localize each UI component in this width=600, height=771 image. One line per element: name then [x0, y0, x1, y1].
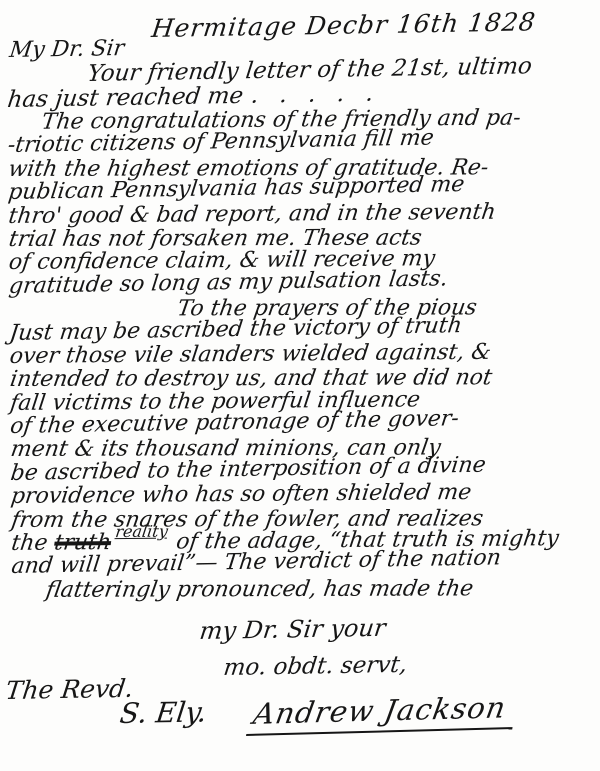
inserted-word: reality [114, 522, 169, 541]
body-line: flatteringly pronounced, has made the [10, 577, 560, 602]
salutation-line: My Dr. Sir [8, 36, 126, 63]
letter-body: The congratulations of the friendly and … [6, 106, 557, 602]
closing-line-1: my Dr. Sir your [198, 614, 387, 645]
signature: Andrew Jackson [246, 690, 519, 736]
body-line: thro' good & bad report, and in the seve… [7, 200, 557, 228]
addressee-line-2: S. Ely. [118, 695, 209, 730]
amended-line-pre: the [10, 531, 56, 556]
addressee-line-1: The Revd. [4, 674, 135, 705]
closing-line-2: mo. obdt. servt, [222, 652, 409, 681]
ellipsis-marks: . . . . . [250, 81, 382, 109]
body-line: providence who has so often shielded me [9, 480, 559, 508]
body-line: over those vile slanders wielded against… [8, 340, 558, 368]
letter-page: Hermitage Decbr 16th 1828 My Dr. Sir You… [0, 0, 600, 771]
date-line: Hermitage Decbr 16th 1828 [150, 7, 538, 43]
